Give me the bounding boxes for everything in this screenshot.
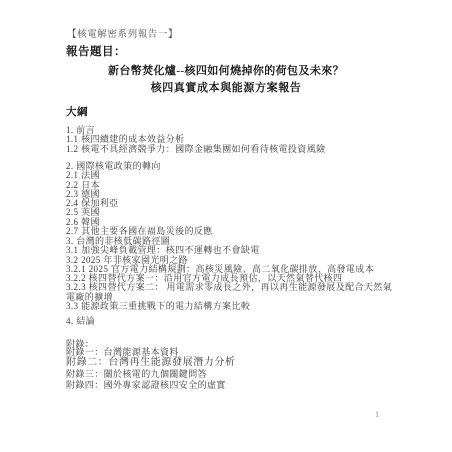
outline-section-1: 1. 前言 1.1 核四續建的成本效益分析 1.2 核電不具經濟競爭力：國際金融… [66,126,398,154]
outline-line: 2.7 其他主要各國在福島災後的反應 [66,227,398,236]
outline-line: 2.2 日本 [66,181,398,190]
outline-section-2: 2. 國際核電政策的轉向 2.1 法國 2.2 日本 2.3 德國 2.4 保加… [66,162,398,236]
outline-line: 2. 國際核電政策的轉向 [66,162,398,171]
outline-section-4: 4. 結論 [66,317,398,326]
outline-heading: 大綱 [66,104,88,119]
outline-line: 4. 結論 [66,317,398,326]
outline-section-3: 3. 台灣的非核低碳路徑圖 3.1 加強尖峰負載管理：核四不運轉也不會缺電 3.… [66,237,398,311]
appendix-item: 附錄一：台灣能源基本資料 [66,347,398,357]
series-label: 【核電解密系列報告一】 [67,26,178,40]
outline-line: 3.3 能源政策三重挑戰下的電力結構方案比較 [66,302,398,311]
outline-line: 2.4 保加利亞 [66,199,398,208]
report-title-line1: 新台幣焚化爐--核四如何燒掉你的荷包及未來？ [0,62,452,78]
appendix-item: 附錄二：台灣再生能源發展潛力分析 [66,357,398,369]
outline-line: 2.1 法國 [66,171,398,180]
report-title-label: 報告題目： [66,43,126,59]
report-title-line2: 核四真實成本與能源方案報告 [0,79,452,95]
appendix-item: 附錄三：關於核電的九個關鍵問答 [66,369,398,379]
outline-line: 1.2 核電不具經濟競爭力：國際金融集團如何看待核電投資風險 [66,145,398,154]
page-number: 1 [375,410,379,419]
outline-line: 2.5 英國 [66,208,398,217]
appendix-list: 附錄一：台灣能源基本資料 附錄二：台灣再生能源發展潛力分析 附錄三：關於核電的九… [66,347,398,390]
appendix-item: 附錄四：國外專家認證核四安全的虛實 [66,380,398,390]
report-page: 【核電解密系列報告一】 報告題目： 新台幣焚化爐--核四如何燒掉你的荷包及未來？… [0,0,452,452]
outline-line: 3.2.3 核四替代方案二： 用電需求零成長之外，再以再生能源發展及配合天然氣電… [66,283,398,302]
